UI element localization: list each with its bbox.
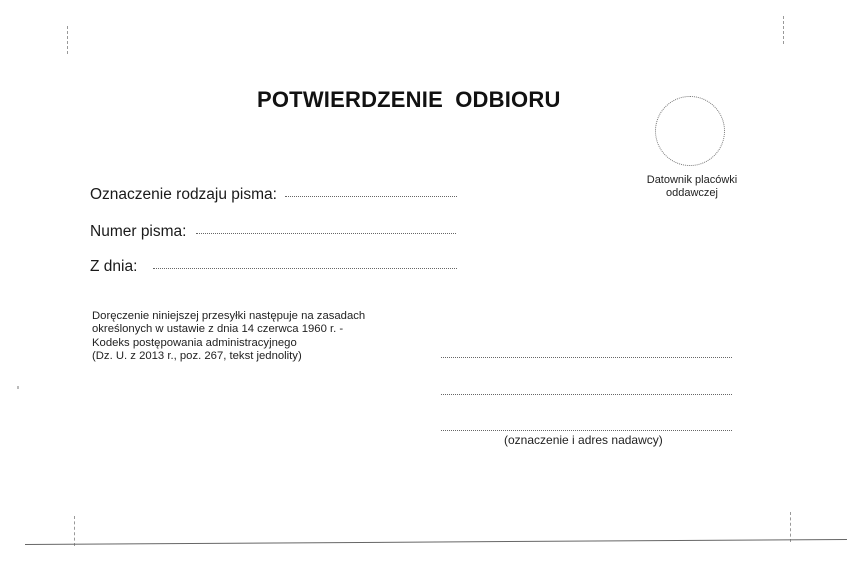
document-title: POTWIERDZENIE ODBIORU xyxy=(257,87,561,113)
stamp-label-line-1: Datownik placówki xyxy=(630,174,754,187)
stamp-label-line-2: oddawczej xyxy=(630,187,754,200)
field-document-date: Z dnia: xyxy=(90,258,457,276)
legal-notice-line: określonych w ustawie z dnia 14 czerwca … xyxy=(92,323,422,336)
legal-notice: Doręczenie niniejszej przesyłki następuj… xyxy=(92,310,422,364)
postmark-stamp-circle-icon xyxy=(655,96,725,166)
field-document-number: Numer pisma: xyxy=(90,223,456,241)
field-input-document-type[interactable] xyxy=(285,196,457,197)
sender-address-line-2[interactable] xyxy=(441,394,732,395)
field-label-document-number: Numer pisma: xyxy=(90,223,186,241)
document-page: POTWIERDZENIE ODBIORU Datownik placówki … xyxy=(0,0,850,566)
field-label-document-type: Oznaczenie rodzaju pisma: xyxy=(90,186,277,204)
legal-notice-line: Kodeks postępowania administracyjnego xyxy=(92,337,422,350)
cut-mark-bottom-left xyxy=(74,516,75,546)
cut-mark-top-right xyxy=(783,16,784,44)
sender-address-line-3[interactable] xyxy=(441,430,732,431)
cut-mark-top-left xyxy=(67,26,68,54)
field-input-document-number[interactable] xyxy=(196,233,456,234)
postmark-stamp-label: Datownik placówki oddawczej xyxy=(630,174,754,200)
scan-speck xyxy=(17,386,19,389)
field-label-document-date: Z dnia: xyxy=(90,258,137,276)
sender-address-line-1[interactable] xyxy=(441,357,732,358)
field-input-document-date[interactable] xyxy=(153,268,457,269)
legal-notice-line: Doręczenie niniejszej przesyłki następuj… xyxy=(92,310,422,323)
legal-notice-line: (Dz. U. z 2013 r., poz. 267, tekst jedno… xyxy=(92,350,422,363)
bottom-fold-line xyxy=(25,539,847,545)
sender-address-caption: (oznaczenie i adres nadawcy) xyxy=(504,433,663,447)
field-document-type: Oznaczenie rodzaju pisma: xyxy=(90,186,457,204)
cut-mark-bottom-right xyxy=(790,512,791,542)
